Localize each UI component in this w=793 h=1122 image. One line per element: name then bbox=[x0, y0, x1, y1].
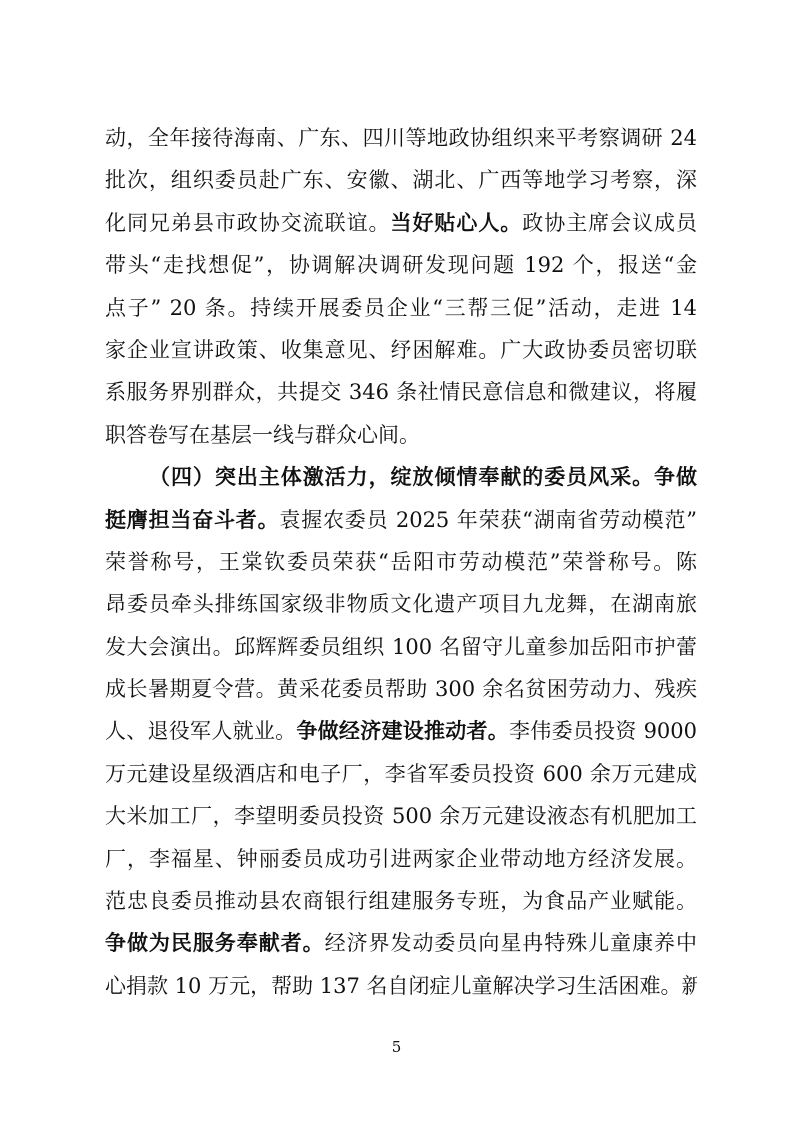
run-text: 经济界发动委员向星冉特殊儿童康养中 bbox=[325, 931, 697, 955]
run-text: 袁握农委员 2025 年荣获“湖南省劳动模范” bbox=[279, 508, 697, 532]
text-line: 带头“走找想促”，协调解决调研发现问题 192 个，报送“金 bbox=[105, 244, 697, 286]
run-text: 人、退役军人就业。 bbox=[105, 719, 296, 743]
run-text: 动，全年接待海南、广东、四川等地政协组织来平考察调研 24 bbox=[105, 126, 697, 150]
bold-emphasis: （四）突出主体激活力，绽放倾情奉献的委员风采。争做 bbox=[149, 464, 697, 489]
run-text: 范忠良委员推动县农商银行组建服务专班，为食品产业赋能。 bbox=[105, 889, 697, 913]
bold-emphasis: 争做经济建设推动者。 bbox=[296, 718, 509, 743]
text-line: （四）突出主体激活力，绽放倾情奉献的委员风采。争做 bbox=[105, 456, 697, 498]
run-text: 职答卷写在基层一线与群众心间。 bbox=[105, 423, 420, 447]
text-line: 荣誉称号，王棠钦委员荣获“岳阳市劳动模范”荣誉称号。陈 bbox=[105, 541, 697, 583]
document-body: 动，全年接待海南、广东、四川等地政协组织来平考察调研 24批次，组织委员赴广东、… bbox=[105, 117, 697, 1007]
run-text: 系服务界别群众，共提交 346 条社情民意信息和微建议，将履 bbox=[105, 380, 697, 404]
text-line: 发大会演出。邱辉辉委员组织 100 名留守儿童参加岳阳市护蕾 bbox=[105, 626, 697, 668]
bold-emphasis: 争做为民服务奉献者。 bbox=[105, 930, 325, 955]
run-text: 发大会演出。邱辉辉委员组织 100 名留守儿童参加岳阳市护蕾 bbox=[105, 635, 697, 659]
text-line: 心捐款 10 万元，帮助 137 名自闭症儿童解决学习生活困难。新 bbox=[105, 965, 697, 1007]
bold-emphasis: 挺膺担当奋斗者。 bbox=[105, 507, 279, 532]
run-text: 大米加工厂，李望明委员投资 500 余万元建设液态有机肥加工 bbox=[105, 804, 697, 828]
text-line: 系服务界别群众，共提交 346 条社情民意信息和微建议，将履 bbox=[105, 371, 697, 413]
text-line: 化同兄弟县市政协交流联谊。当好贴心人。政协主席会议成员 bbox=[105, 202, 697, 244]
run-text: 成长暑期夏令营。黄采花委员帮助 300 余名贫困劳动力、残疾 bbox=[105, 677, 697, 701]
run-text: 昂委员牵头排练国家级非物质文化遗产项目九龙舞，在湖南旅 bbox=[105, 592, 697, 616]
run-text: 化同兄弟县市政协交流联谊。 bbox=[105, 211, 391, 235]
text-line: 家企业宣讲政策、收集意见、纾困解难。广大政协委员密切联 bbox=[105, 329, 697, 371]
text-line: 大米加工厂，李望明委员投资 500 余万元建设液态有机肥加工 bbox=[105, 795, 697, 837]
run-text: 点子” 20 条。持续开展委员企业“三帮三促”活动，走进 14 bbox=[105, 296, 697, 320]
text-line: 批次，组织委员赴广东、安徽、湖北、广西等地学习考察，深 bbox=[105, 159, 697, 201]
document-page: 动，全年接待海南、广东、四川等地政协组织来平考察调研 24批次，组织委员赴广东、… bbox=[0, 0, 793, 1122]
text-line: 动，全年接待海南、广东、四川等地政协组织来平考察调研 24 bbox=[105, 117, 697, 159]
text-line: 争做为民服务奉献者。经济界发动委员向星冉特殊儿童康养中 bbox=[105, 922, 697, 964]
run-text: 带头“走找想促”，协调解决调研发现问题 192 个，报送“金 bbox=[105, 253, 697, 277]
text-line: 万元建设星级酒店和电子厂，李省军委员投资 600 余万元建成 bbox=[105, 753, 697, 795]
text-line: 昂委员牵头排练国家级非物质文化遗产项目九龙舞，在湖南旅 bbox=[105, 583, 697, 625]
text-line: 厂，李福星、钟丽委员成功引进两家企业带动地方经济发展。 bbox=[105, 838, 697, 880]
text-line: 职答卷写在基层一线与群众心间。 bbox=[105, 414, 697, 456]
run-text: 李伟委员投资 9000 bbox=[509, 719, 697, 743]
text-line: 范忠良委员推动县农商银行组建服务专班，为食品产业赋能。 bbox=[105, 880, 697, 922]
run-text: 厂，李福星、钟丽委员成功引进两家企业带动地方经济发展。 bbox=[105, 847, 697, 871]
run-text: 荣誉称号，王棠钦委员荣获“岳阳市劳动模范”荣誉称号。陈 bbox=[105, 550, 697, 574]
bold-emphasis: 当好贴心人。 bbox=[391, 210, 523, 235]
text-line: 挺膺担当奋斗者。袁握农委员 2025 年荣获“湖南省劳动模范” bbox=[105, 499, 697, 541]
text-line: 点子” 20 条。持续开展委员企业“三帮三促”活动，走进 14 bbox=[105, 287, 697, 329]
run-text: 家企业宣讲政策、收集意见、纾困解难。广大政协委员密切联 bbox=[105, 338, 697, 362]
run-text: 万元建设星级酒店和电子厂，李省军委员投资 600 余万元建成 bbox=[105, 762, 697, 786]
run-text: 政协主席会议成员 bbox=[522, 211, 697, 235]
run-text: 批次，组织委员赴广东、安徽、湖北、广西等地学习考察，深 bbox=[105, 168, 697, 192]
page-number: 5 bbox=[0, 1037, 793, 1057]
text-line: 成长暑期夏令营。黄采花委员帮助 300 余名贫困劳动力、残疾 bbox=[105, 668, 697, 710]
text-line: 人、退役军人就业。争做经济建设推动者。李伟委员投资 9000 bbox=[105, 710, 697, 752]
run-text: 心捐款 10 万元，帮助 137 名自闭症儿童解决学习生活困难。新 bbox=[105, 974, 697, 998]
